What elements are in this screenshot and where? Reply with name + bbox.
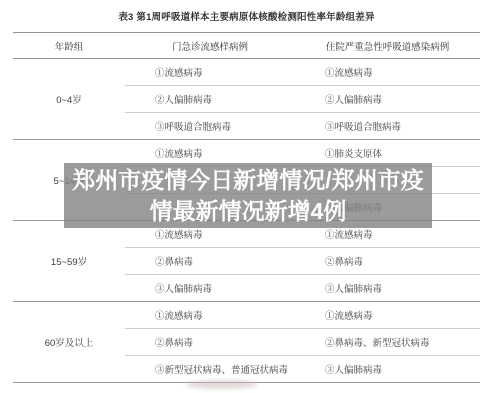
inpatient-cell: ③呼吸道合胞病毒 [295, 119, 480, 133]
outpatient-cell: ③呼吸道合胞病毒 [125, 119, 295, 133]
age-group-60-plus: 60岁及以上 ①流感病毒 ①流感病毒 ②鼻病毒 ②鼻病毒、新型冠状病毒 ③新型冠… [13, 302, 480, 383]
header-age-group: 年龄组 [13, 39, 125, 53]
age-label: 0~4岁 [13, 59, 125, 139]
table-row: ②鼻病毒 ②鼻病毒、新型冠状病毒 [125, 329, 480, 356]
inpatient-cell: ②鼻病毒 [295, 254, 480, 268]
inpatient-cell: ①流感病毒 [295, 308, 480, 322]
outpatient-cell: ②鼻病毒 [125, 254, 295, 268]
inpatient-cell: ①肺炎支原体 [295, 146, 480, 160]
inpatient-cell: ③人偏肺病毒 [295, 362, 480, 376]
outpatient-cell: ①流感病毒 [125, 308, 295, 322]
age-label: 60岁及以上 [13, 302, 125, 382]
headline-watermark-overlay[interactable]: 郑州市疫情今日新增情况/郑州市疫情最新情况新增4例 [64, 163, 432, 228]
table-header-row: 年龄组 门急诊流感样病例 住院严重急性呼吸道感染病例 [13, 33, 480, 59]
table-row: ③呼吸道合胞病毒 ③呼吸道合胞病毒 [125, 113, 480, 139]
header-hospitalized-sari: 住院严重急性呼吸道感染病例 [295, 39, 480, 53]
inpatient-cell: ③人偏肺病毒 [295, 281, 480, 295]
table-title: 表3 第1周呼吸道样本主要病原体核酸检测阳性率年龄组差异 [13, 9, 480, 23]
outpatient-cell: ②人偏肺病毒 [125, 92, 295, 106]
table-row: ①流感病毒 ①流感病毒 [125, 302, 480, 329]
header-outpatient-ili: 门急诊流感样病例 [125, 39, 295, 53]
table-row: ③人偏肺病毒 ③人偏肺病毒 [125, 275, 480, 301]
table-row: ②人偏肺病毒 ②人偏肺病毒 [125, 86, 480, 113]
table-row: ②鼻病毒 ②鼻病毒 [125, 248, 480, 275]
outpatient-cell: ①流感病毒 [125, 227, 295, 241]
headline-watermark-text: 郑州市疫情今日新增情况/郑州市疫情最新情况新增4例 [64, 165, 432, 227]
inpatient-cell: ①流感病毒 [295, 65, 480, 79]
outpatient-cell: ②鼻病毒 [125, 335, 295, 349]
table-row: ①流感病毒 ①流感病毒 [125, 59, 480, 86]
outpatient-cell: ③人偏肺病毒 [125, 281, 295, 295]
inpatient-cell: ①流感病毒 [295, 227, 480, 241]
outpatient-cell: ①流感病毒 [125, 146, 295, 160]
bottom-watermark-smudge [186, 380, 258, 389]
inpatient-cell: ②鼻病毒、新型冠状病毒 [295, 335, 480, 349]
table-row: ③新型冠状病毒、普通冠状病毒 ③人偏肺病毒 [125, 356, 480, 382]
age-group-0-4: 0~4岁 ①流感病毒 ①流感病毒 ②人偏肺病毒 ②人偏肺病毒 ③呼吸道合胞病毒 … [13, 59, 480, 140]
outpatient-cell: ①流感病毒 [125, 65, 295, 79]
inpatient-cell: ②人偏肺病毒 [295, 92, 480, 106]
age-group-15-59: 15~59岁 ①流感病毒 ①流感病毒 ②鼻病毒 ②鼻病毒 ③人偏肺病毒 ③人偏肺… [13, 221, 480, 302]
outpatient-cell: ③新型冠状病毒、普通冠状病毒 [125, 362, 295, 376]
age-label: 15~59岁 [13, 221, 125, 301]
